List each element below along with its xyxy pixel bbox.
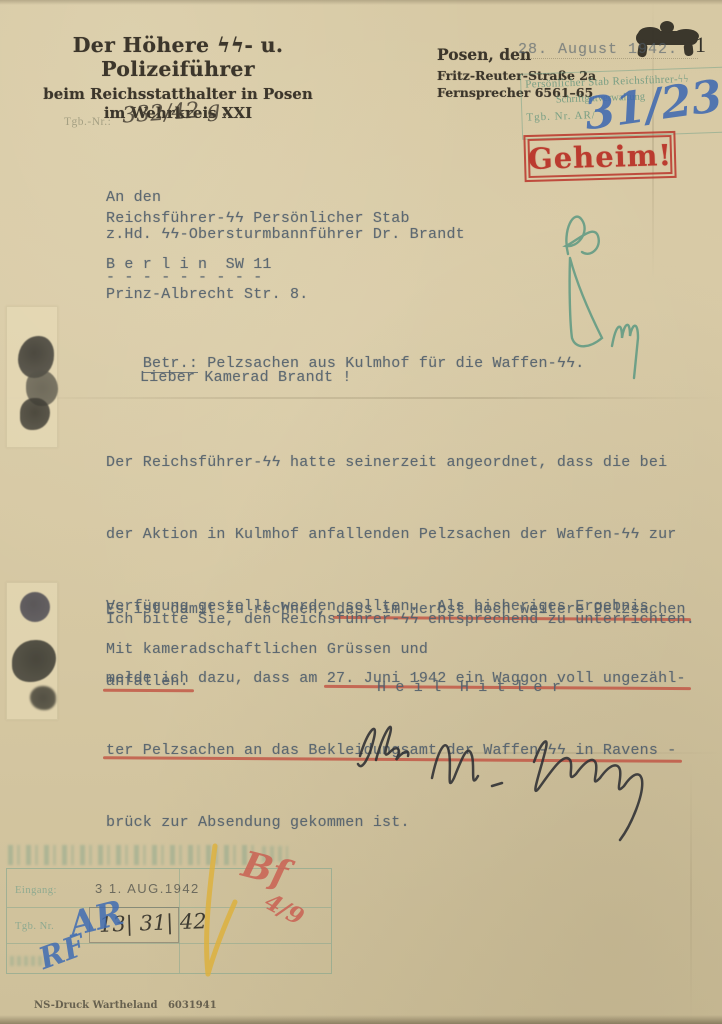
registry-row2-label: Tgb. Nr. xyxy=(15,921,54,932)
letterhead-line1: Der Höhere ϟϟ- u. Polizeiführer xyxy=(12,34,344,81)
diary-number-label: Tgb.-Nr.: xyxy=(64,116,111,128)
body-paragraph-3: Ich bitte Sie, den Reichsführer-ϟϟ entsp… xyxy=(106,608,695,632)
scanned-letter-page: 1 Der Höhere ϟϟ- u. Polizeiführer beim R… xyxy=(0,0,722,1024)
secret-stamp-border: Geheim! xyxy=(527,135,672,178)
body-line: der Aktion in Kulmhof anfallenden Pelzsa… xyxy=(106,523,686,547)
typed-date: 28. August 1942. xyxy=(518,38,678,62)
recipient-line3: z.Hd. ϟϟ-Obersturmbannführer Dr. Brandt xyxy=(106,223,465,247)
body-paragraph-4: Mit kameradschaftlichen Grüssen und xyxy=(106,638,428,662)
secret-stamp: Geheim! xyxy=(523,131,676,182)
printer-imprint: NS-Druck Wartheland 6031941 xyxy=(34,1000,217,1011)
body-line: Der Reichsführer-ϟϟ hatte seinerzeit ang… xyxy=(106,451,686,475)
signature-koppe xyxy=(330,700,700,860)
ink-blot xyxy=(20,592,50,622)
secret-stamp-text: Geheim! xyxy=(527,137,672,175)
imprint-number: 6031941 xyxy=(168,1000,217,1011)
salutation: Lieber Kamerad Brandt ! xyxy=(140,366,352,390)
imprint-name: NS-Druck Wartheland xyxy=(34,1000,158,1011)
yellow-pencil-check xyxy=(185,840,249,992)
ink-blot xyxy=(30,686,56,710)
registry-row1-label: Eingang: xyxy=(15,885,57,896)
recipient-street: Prinz-Albrecht Str. 8. xyxy=(106,283,308,307)
closing-heil: H e i l H i t l e r xyxy=(377,676,561,700)
